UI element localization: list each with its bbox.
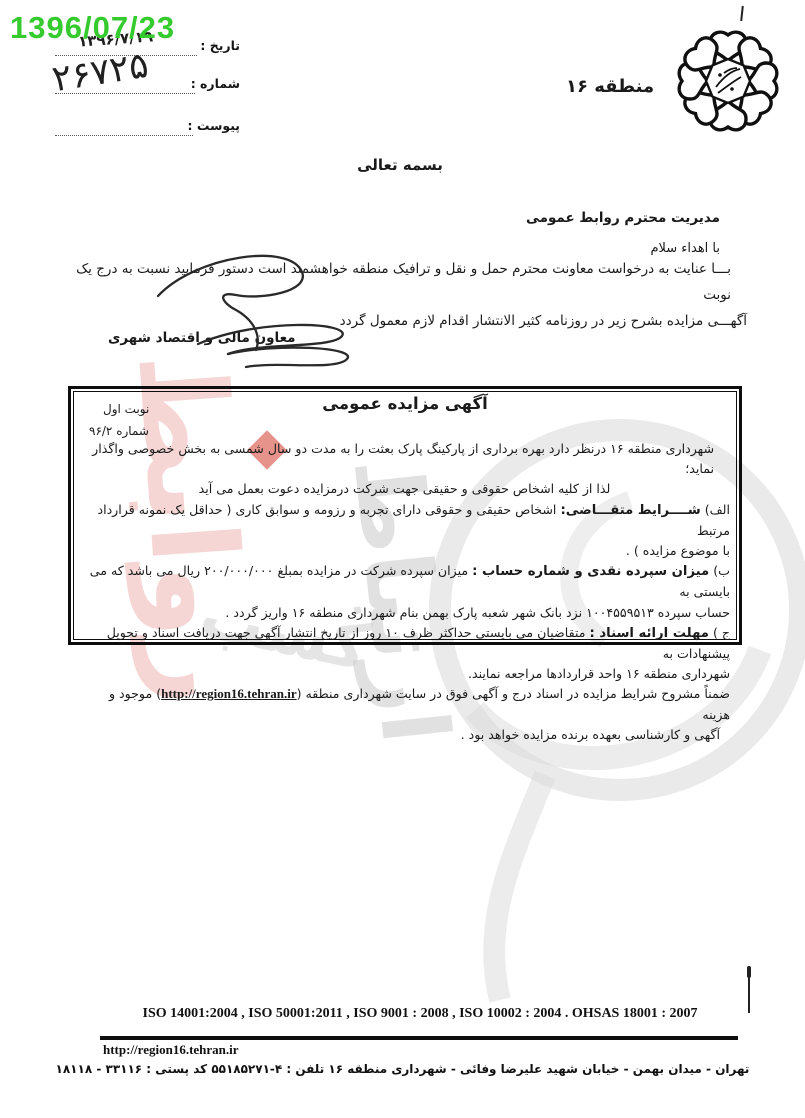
municipality-logo-icon: [660, 26, 796, 136]
pen-mark-bottom: [748, 966, 750, 1013]
item-c-label: مهلت ارائه اسناد :: [590, 626, 709, 641]
salutation-line: با اهداء سلام: [650, 241, 720, 256]
footer-rule: [100, 1036, 738, 1040]
notice-item-c-cont: شهرداری منطقه ۱۶ واحد قراردادها مراجعه ن…: [79, 664, 730, 684]
notice-intro-line-2: لذا از کلیه اشخاص حقوقی و حقیقی جهت شرکت…: [79, 479, 730, 499]
notice-title: آگهی مزایده عمومی: [71, 394, 739, 413]
footer-address: تهران - میدان بهمن - خیابان شهید علیرضا …: [55, 1062, 750, 1076]
bismillah-heading: بسمه تعالی: [280, 156, 520, 174]
scanned-letter-page: روابط ارتباط کسب 1396/07/23 تاریخ : شمار…: [0, 0, 805, 1118]
item-b-label: میزان سپرده نقدی و شماره حساب :: [472, 564, 709, 579]
notice-item-b: ب) میزان سپرده نقدی و شماره حساب : میزان…: [79, 561, 730, 602]
item-a-label: شــــرایط متقـــاضی:: [560, 503, 700, 518]
number-label: شماره :: [191, 76, 240, 91]
recipient-line: مدیریت محترم روابط عمومی: [526, 210, 720, 226]
district-label: منطقه ۱۶: [566, 76, 666, 97]
notice-number-label: شماره ۹۶/۲: [89, 424, 149, 438]
attachment-label: پیوست :: [187, 118, 240, 133]
auction-notice-box: آگهی مزایده عمومی نوبت اول شماره ۹۶/۲ شه…: [68, 386, 742, 645]
signature-scribble: [140, 248, 390, 373]
notice-intro-line-1: شهرداری منطقه ۱۶ درنظر دارد بهره برداری …: [79, 439, 730, 479]
attachment-dotted-line: [55, 134, 193, 136]
region-website-url: http://region16.tehran.ir: [161, 686, 297, 701]
notice-round-label: نوبت اول: [103, 402, 149, 416]
footer-website: http://region16.tehran.ir: [103, 1042, 239, 1058]
notice-closing-line-2: آگهی و کارشناسی بعهده برنده مزایده خواهد…: [79, 725, 730, 745]
notice-item-b-cont: حساب سپرده ۱۰۰۴۵۵۹۵۱۳ نزد بانک شهر شعبه …: [79, 603, 730, 623]
pen-mark-top: [740, 6, 744, 21]
notice-item-a: الف) شــــرایط متقـــاضی: اشخاص حقیقی و …: [79, 500, 730, 541]
date-label: تاریخ :: [200, 38, 240, 53]
notice-body: شهرداری منطقه ۱۶ درنظر دارد بهره برداری …: [79, 439, 730, 745]
green-date-overlay: 1396/07/23: [10, 10, 175, 46]
iso-certifications-line: ISO 14001:2004 , ISO 50001:2011 , ISO 90…: [95, 1006, 745, 1022]
notice-item-a-cont: با موضوع مزایده ) .: [79, 541, 730, 561]
letter-body-line-2: آگهـــی مزایده بشرح زیر در روزنامه کثیر …: [340, 313, 747, 329]
notice-closing-line-1: ضمناً مشروح شرایط مزایده در اسناد درج و …: [79, 684, 730, 724]
notice-item-c: ج ) مهلت ارائه اسناد : متقاضیان می بایست…: [79, 623, 730, 664]
